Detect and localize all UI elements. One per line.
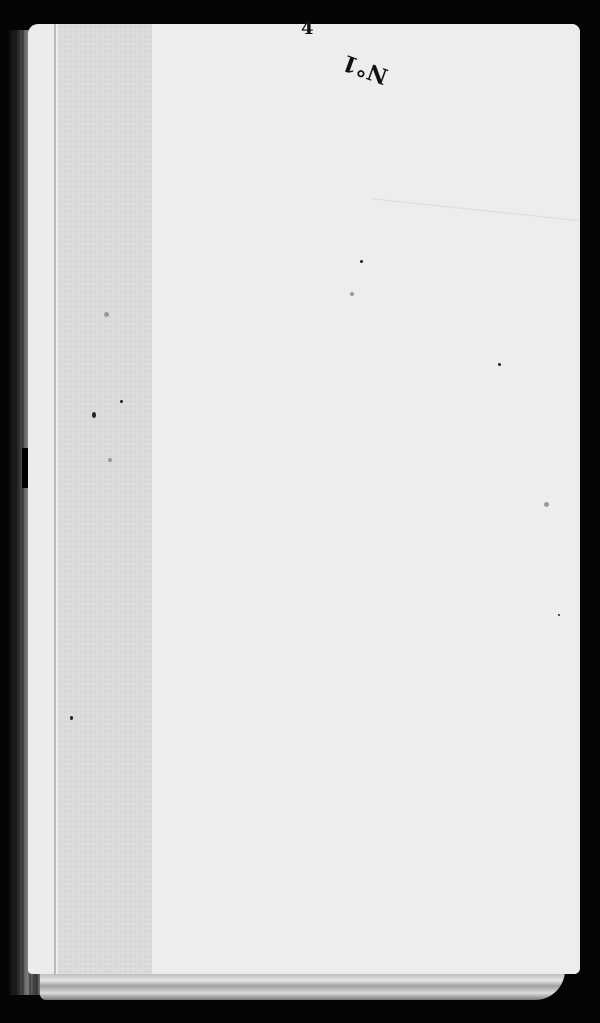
ink-speck (70, 716, 73, 720)
ink-speck (104, 312, 109, 317)
ink-speck (498, 363, 501, 366)
handwritten-top-mark: 4 (301, 18, 314, 39)
stub-fold-line (54, 24, 56, 974)
ink-speck (544, 502, 549, 507)
ink-speck (108, 458, 112, 462)
ink-speck (360, 260, 363, 263)
ink-speck (350, 292, 354, 296)
ink-speck (558, 614, 560, 616)
ink-speck (92, 412, 96, 418)
blank-sheet (152, 24, 580, 974)
ink-speck (120, 400, 123, 403)
document-page (28, 24, 580, 974)
